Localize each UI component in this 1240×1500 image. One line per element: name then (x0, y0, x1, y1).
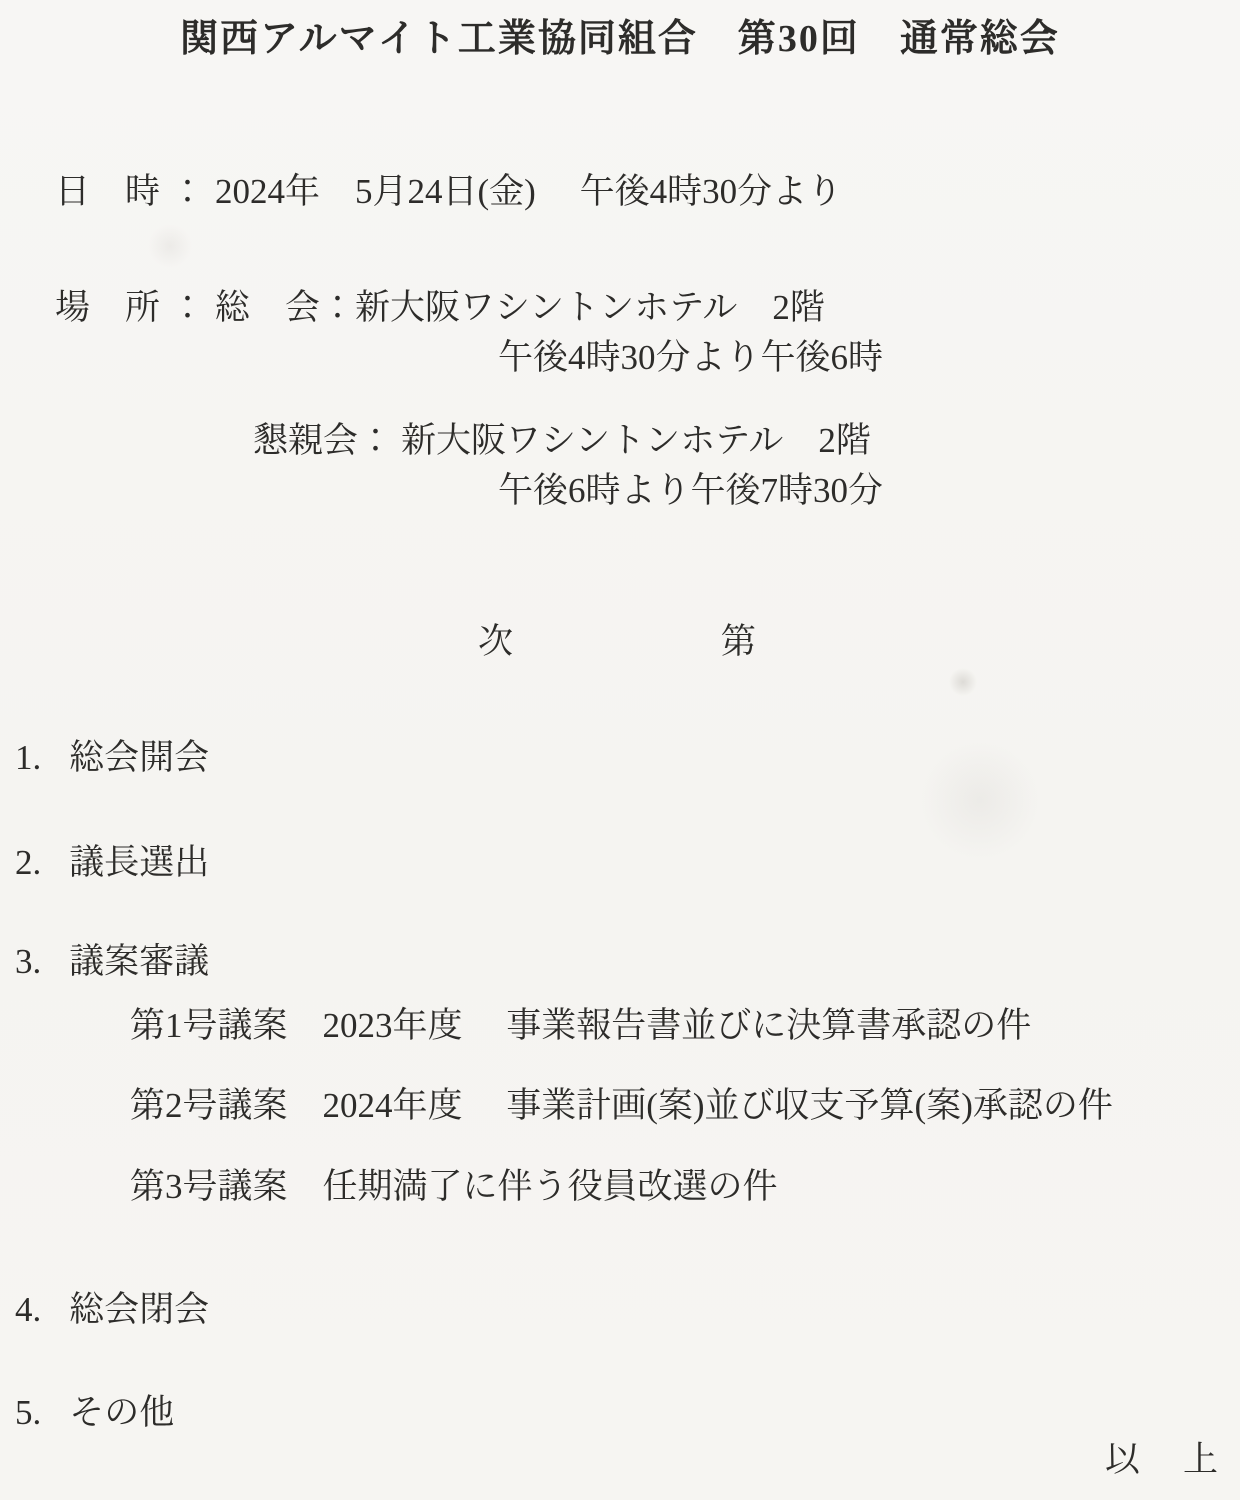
reception-label: 懇親会： (253, 421, 393, 460)
reception-row: 懇親会：新大阪ワシントンホテル 2階 (253, 419, 871, 463)
agenda-item-number: 5. (15, 1391, 41, 1435)
proposal-3: 第3号議案 任期満了に伴う役員改選の件 (130, 1165, 778, 1209)
agenda-item-text: その他 (69, 1393, 174, 1432)
agenda-item-text: 議案審議 (69, 942, 209, 981)
agenda-item-text: 総会閉会 (69, 1290, 209, 1329)
agenda-item-number: 4. (15, 1288, 41, 1332)
venue-meeting-time: 午後4時30分より午後6時 (498, 336, 883, 380)
datetime-separator: ： (170, 172, 205, 211)
datetime-value: 2024年 5月24日(金) 午後4時30分より (215, 172, 842, 211)
agenda-heading-left: 次 (478, 622, 513, 661)
agenda-item-5: 5.その他 (15, 1391, 174, 1435)
agenda-item-number: 3. (15, 940, 41, 984)
datetime-row: 日 時：2024年 5月24日(金) 午後4時30分より (55, 170, 842, 214)
agenda-item-text: 総会開会 (69, 738, 209, 777)
agenda-item-text: 議長選出 (69, 843, 209, 882)
agenda-item-4: 4.総会閉会 (15, 1288, 209, 1332)
agenda-heading-right: 第 (721, 622, 756, 661)
document-title: 関西アルマイト工業協同組合 第30回 通常総会 (0, 16, 1240, 64)
reception-time: 午後6時より午後7時30分 (498, 469, 883, 513)
agenda-item-number: 2. (15, 841, 41, 885)
venue-meeting-label: 総 会： (215, 288, 355, 327)
agenda-heading: 次第 (478, 620, 756, 664)
reception-place: 新大阪ワシントンホテル 2階 (401, 421, 871, 460)
closing-text: 以 上 (1105, 1438, 1222, 1482)
datetime-label: 日 時 (55, 172, 160, 211)
venue-separator: ： (170, 288, 205, 327)
scanned-document-page: 関西アルマイト工業協同組合 第30回 通常総会 日 時：2024年 5月24日(… (0, 0, 1240, 1500)
agenda-item-2: 2.議長選出 (15, 841, 209, 885)
venue-label: 場 所 (55, 288, 160, 327)
venue-row: 場 所：総 会：新大阪ワシントンホテル 2階 (55, 286, 825, 330)
proposal-1: 第1号議案 2023年度 事業報告書並びに決算書承認の件 (130, 1004, 1031, 1048)
venue-meeting-place: 新大阪ワシントンホテル 2階 (355, 288, 825, 327)
agenda-item-1: 1.総会開会 (15, 736, 209, 780)
agenda-item-3: 3.議案審議 (15, 940, 209, 984)
agenda-item-number: 1. (15, 736, 41, 780)
proposal-2: 第2号議案 2024年度 事業計画(案)並び収支予算(案)承認の件 (130, 1084, 1113, 1128)
